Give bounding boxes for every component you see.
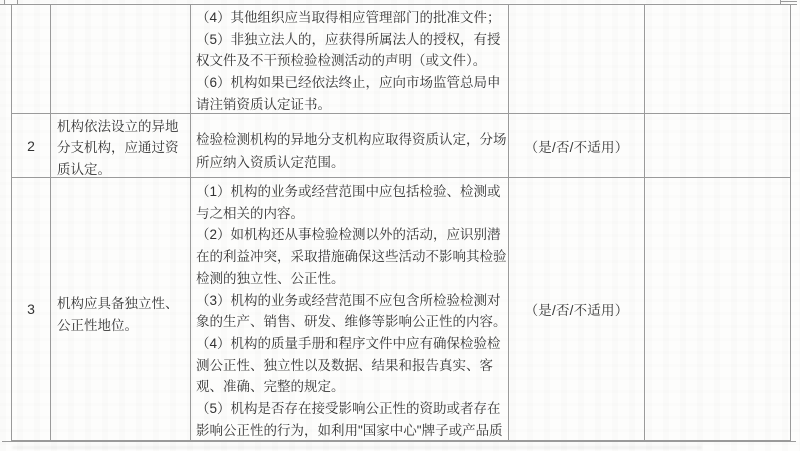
review-table: （4）其他组织应当取得相应管理部门的批准文件；（5）非独立法人的，应获得所属法人… — [11, 4, 791, 441]
result-cell — [509, 4, 645, 114]
criteria-cell: 机构应具备独立性、公正性地位。 — [51, 178, 191, 441]
text-line: 象的生产、销售、研发、维修等影响公正性的内容。 — [196, 311, 505, 333]
result-cell: （是/否/不适用） — [509, 114, 645, 178]
row-number-cell: 3 — [12, 178, 51, 441]
review-content-cell: （4）其他组织应当取得相应管理部门的批准文件；（5）非独立法人的，应获得所属法人… — [191, 4, 509, 114]
text-line: 权文件及不干预检验检测活动的声明（或文件）。 — [196, 50, 505, 72]
text-line: （5）非独立法人的，应获得所属法人的授权，有授 — [196, 29, 505, 51]
text-line: 机构依法设立的异地 — [57, 116, 190, 137]
text-line: （3）机构的业务或经营范围不应包含所检验检测对 — [196, 290, 505, 312]
text-line: 机构应具备独立性、 — [57, 293, 190, 316]
remark-cell — [645, 114, 791, 178]
remark-cell — [645, 4, 791, 114]
text-line: 所应纳入资质认定范围。 — [196, 151, 505, 174]
text-line: 观、准确、完整的规定。 — [196, 376, 505, 398]
text-line: （6）机构如果已经依法终止，应向市场监管总局申 — [196, 72, 505, 94]
text-line: 质认定。 — [57, 159, 190, 178]
criteria-cell: 机构依法设立的异地分支机构，应通过资质认定。 — [51, 114, 191, 178]
text-line: （1）机构的业务或经营范围中应包括检验、检测或 — [196, 181, 505, 203]
text-line: 测公正性、独立性以及数据、结果和报告真实、客 — [196, 355, 505, 377]
scan-smudge — [12, 446, 702, 449]
text-line: 检测的独立性、公正性。 — [196, 268, 505, 290]
review-content-cell: （1）机构的业务或经营范围中应包括检验、检测或与之相关的内容。（2）如机构还从事… — [191, 178, 509, 441]
text-line: （4）其他组织应当取得相应管理部门的批准文件； — [196, 7, 505, 29]
table-bottom-border — [2, 441, 796, 442]
text-line: 请注销资质认定证书。 — [196, 94, 505, 114]
review-content-cell: 检验检测机构的异地分支机构应取得资质认定，分场所应纳入资质认定范围。 — [191, 114, 509, 178]
text-line: 影响公正性的行为，如利用"国家中心"牌子或产品质 — [196, 420, 505, 441]
remark-cell — [645, 178, 791, 441]
previous-row-border-line — [781, 1, 797, 2]
text-line: 在的利益冲突，采取措施确保这些活动不影响其检验 — [196, 246, 505, 268]
criteria-cell — [51, 4, 191, 114]
text-line: （4）机构的质量手册和程序文件中应有确保检验检 — [196, 333, 505, 355]
text-line: （5）机构是否存在接受影响公正性的资助或者存在 — [196, 398, 505, 420]
text-line: 公正性地位。 — [57, 315, 190, 338]
document-scan: （4）其他组织应当取得相应管理部门的批准文件；（5）非独立法人的，应获得所属法人… — [0, 0, 800, 451]
text-line: 分支机构，应通过资 — [57, 137, 190, 158]
text-line: （2）如机构还从事检验检测以外的活动，应识别潜 — [196, 224, 505, 246]
text-line: 与之相关的内容。 — [196, 203, 505, 225]
row-number-cell: 2 — [12, 114, 51, 178]
text-line: 检验检测机构的异地分支机构应取得资质认定，分场 — [196, 128, 505, 151]
result-cell: （是/否/不适用） — [509, 178, 645, 441]
row-number-cell — [12, 4, 51, 114]
